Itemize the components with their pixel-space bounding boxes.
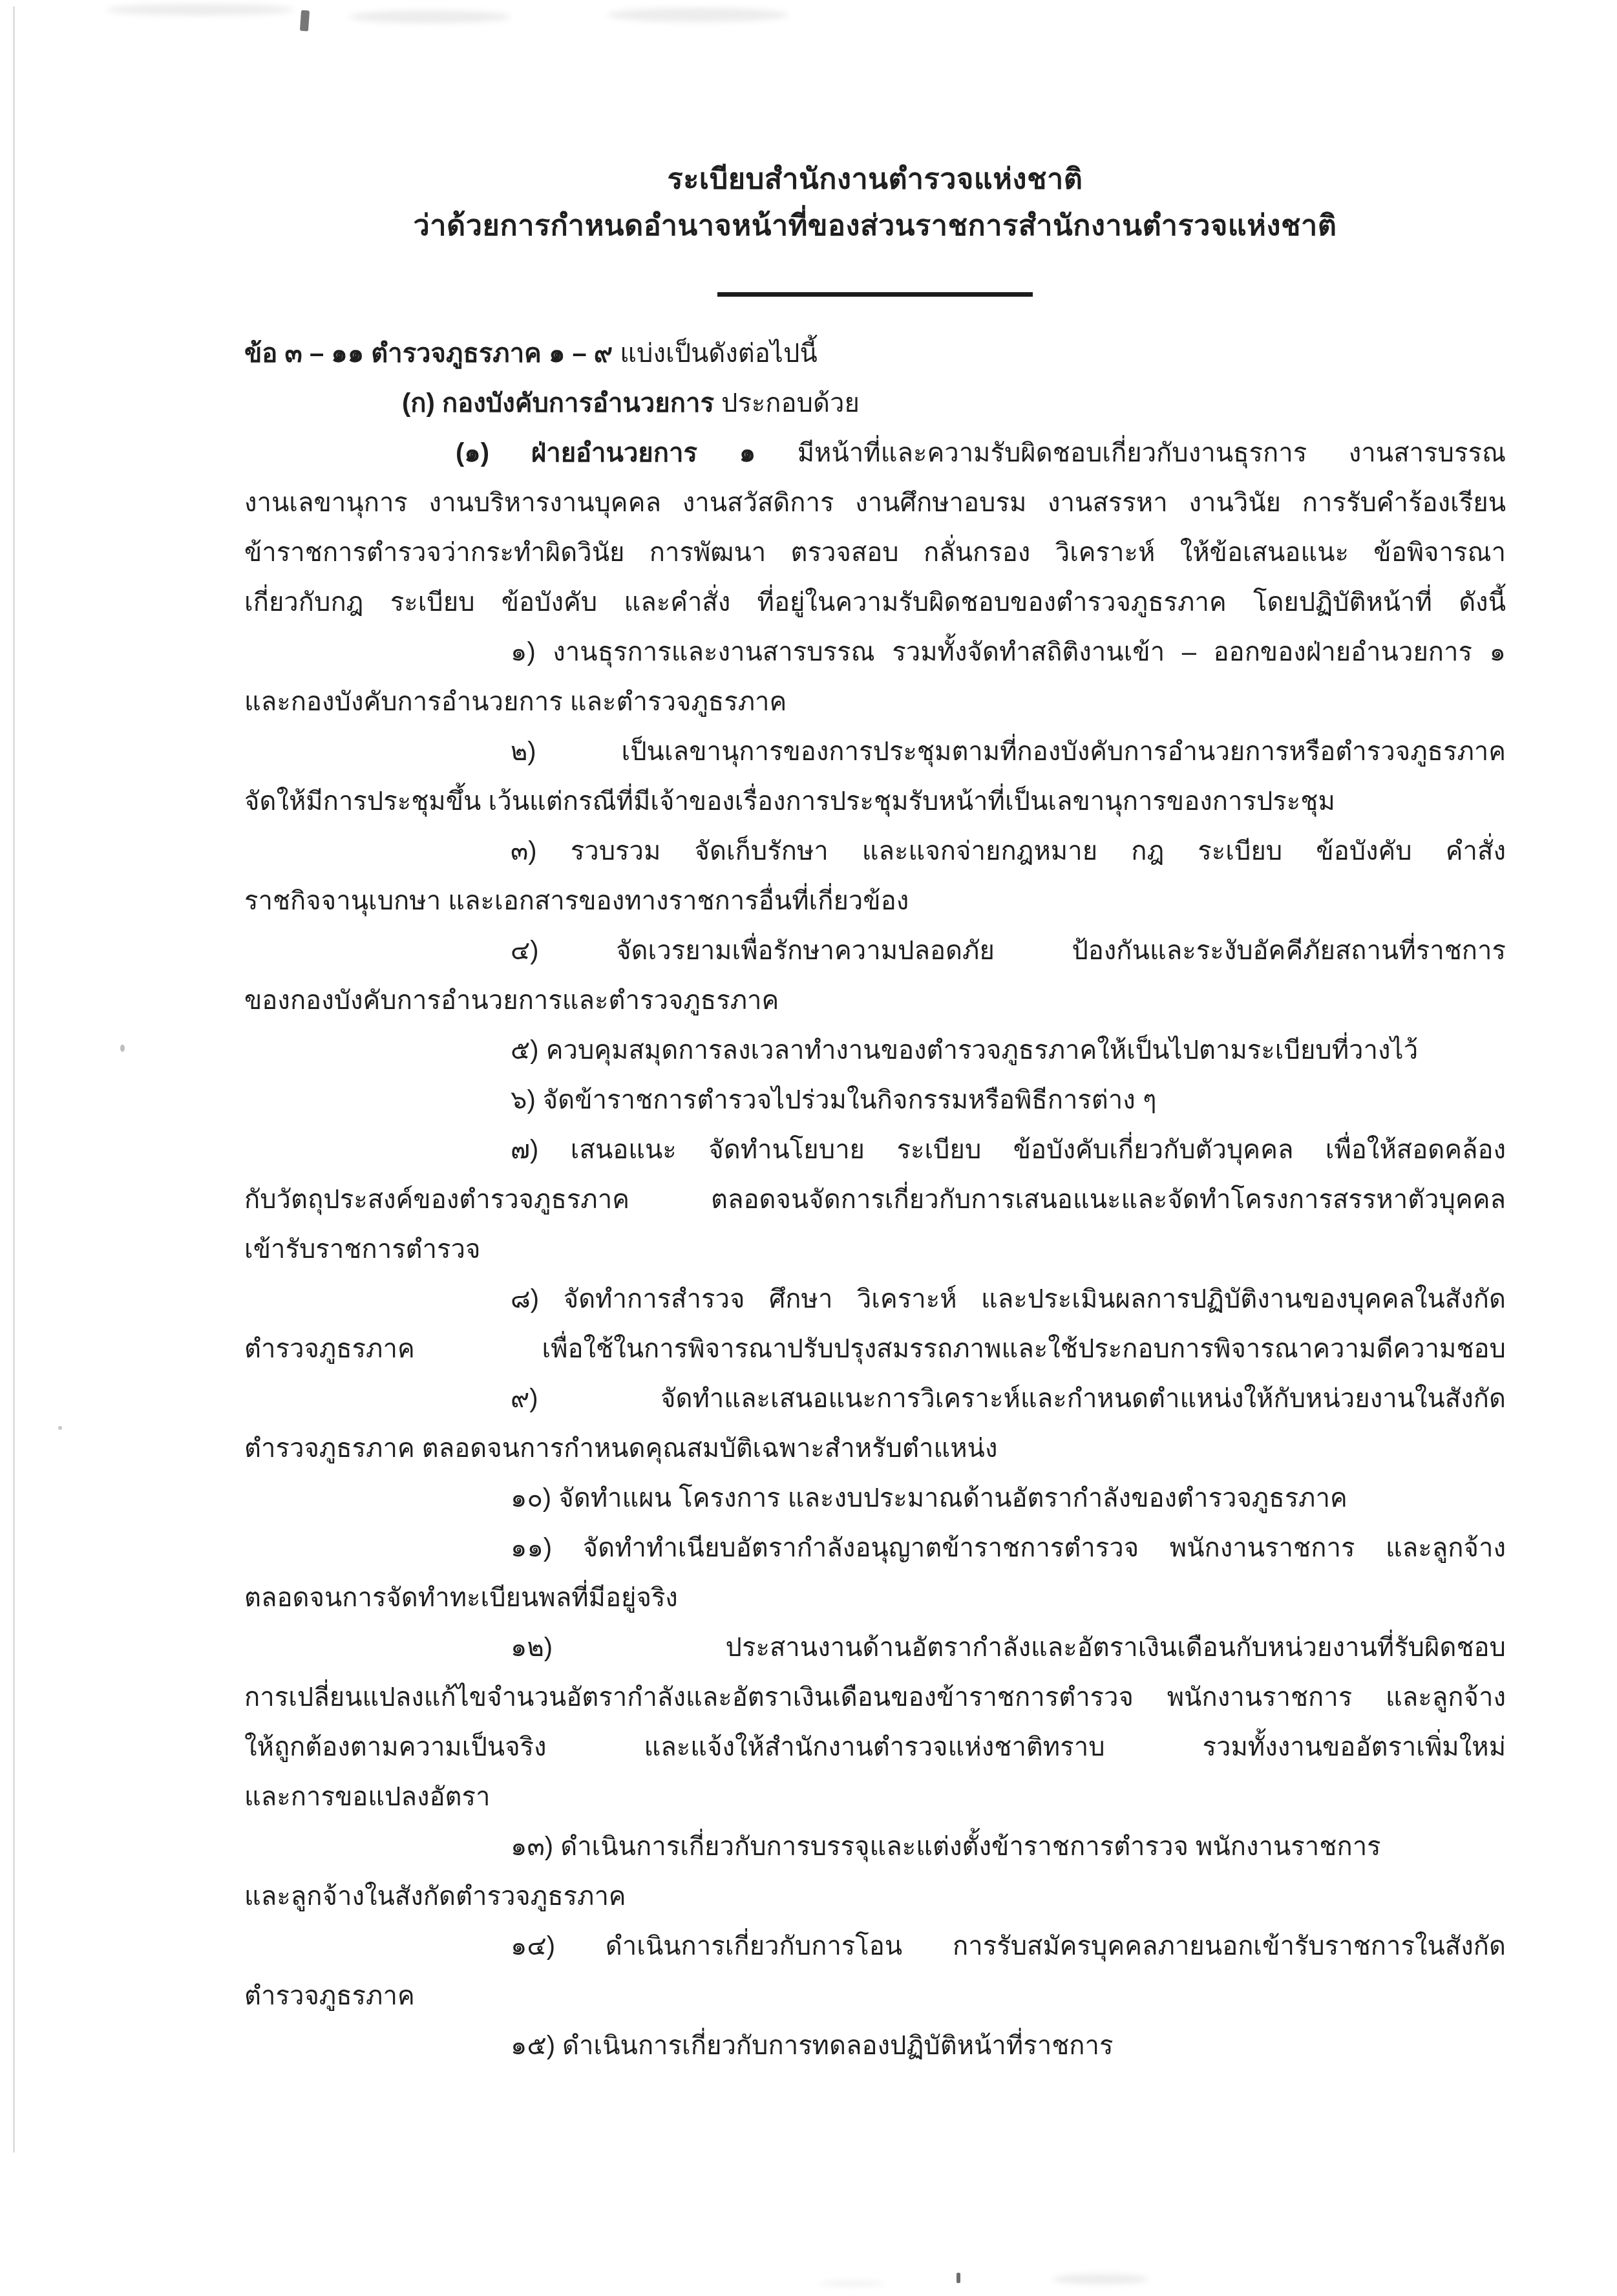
document-text-line: ตำรวจภูธรภาค เพื่อใช้ในการพิจารณาปรับปรุ… — [244, 1324, 1506, 1374]
line-text: ตำรวจภูธรภาค ตลอดจนการกำหนดคุณสมบัติเฉพา… — [244, 1434, 997, 1463]
line-text: ๘) จัดทำการสำรวจ ศึกษา วิเคราะห์ และประเ… — [511, 1285, 1506, 1313]
document-text-line: งานเลขานุการ งานบริหารงานบุคคล งานสวัสดิ… — [244, 478, 1506, 528]
document-text-line: ๖) จัดข้าราชการตำรวจไปร่วมในกิจกรรมหรือพ… — [244, 1076, 1506, 1125]
document-text-line: ๒) เป็นเลขานุการของการประชุมตามที่กองบัง… — [244, 727, 1506, 777]
line-text: ของกองบังคับการอำนวยการและตำรวจภูธรภาค — [244, 986, 779, 1015]
document-text-line: ๗) เสนอแนะ จัดทำนโยบาย ระเบียบ ข้อบังคับ… — [244, 1125, 1506, 1175]
scanned-document-page: ระเบียบสำนักงานตำรวจแห่งชาติ ว่าด้วยการก… — [0, 0, 1617, 2296]
line-text: ให้ถูกต้องตามความเป็นจริง และแจ้งให้สำนั… — [244, 1733, 1506, 1761]
line-text: จัดให้มีการประชุมขึ้น เว้นแต่กรณีที่มีเจ… — [244, 787, 1335, 816]
line-text: ๙) จัดทำและเสนอแนะการวิเคราะห์และกำหนดตำ… — [511, 1385, 1506, 1413]
document-text-line: ๔) จัดเวรยามเพื่อรักษาความปลอดภัย ป้องกั… — [244, 926, 1506, 976]
document-text-line: จัดให้มีการประชุมขึ้น เว้นแต่กรณีที่มีเจ… — [244, 777, 1506, 827]
scan-speck — [58, 1426, 62, 1430]
document-text-line: ๑๓) ดำเนินการเกี่ยวกับการบรรจุและแต่งตั้… — [244, 1822, 1506, 1872]
line-text: ๓) รวบรวม จัดเก็บรักษา และแจกจ่ายกฎหมาย … — [511, 837, 1506, 866]
title-divider-rule — [717, 292, 1033, 297]
document-text-line: เกี่ยวกับกฎ ระเบียบ ข้อบังคับ และคำสั่ง … — [244, 578, 1506, 628]
document-text-line: กับวัตถุประสงค์ของตำรวจภูธรภาค ตลอดจนจัด… — [244, 1175, 1506, 1225]
line-text: และการขอแปลงอัตรา — [244, 1783, 490, 1811]
document-title-line-2: ว่าด้วยการกำหนดอำนาจหน้าที่ของส่วนราชการ… — [244, 202, 1506, 249]
line-bold-lead: ข้อ ๓ – ๑๑ ตำรวจภูธรภาค ๑ – ๙ — [244, 339, 613, 368]
document-text-line: ๑๕) ดำเนินการเกี่ยวกับการทดลองปฏิบัติหน้… — [244, 2021, 1506, 2071]
document-content: ระเบียบสำนักงานตำรวจแห่งชาติ ว่าด้วยการก… — [244, 0, 1506, 2071]
line-text: ๑๒) ประสานงานด้านอัตรากำลังและอัตราเงินเ… — [511, 1633, 1506, 1662]
document-text-line: ๑) งานธุรการและงานสารบรรณ รวมทั้งจัดทำสถ… — [244, 628, 1506, 677]
line-text: ๑๑) จัดทำทำเนียบอัตรากำลังอนุญาตข้าราชกา… — [511, 1534, 1506, 1562]
document-text-line: ๙) จัดทำและเสนอแนะการวิเคราะห์และกำหนดตำ… — [244, 1374, 1506, 1424]
line-text: มีหน้าที่และความรับผิดชอบเกี่ยวกับงานธุร… — [756, 439, 1506, 467]
document-text-line: และกองบังคับการอำนวยการ และตำรวจภูธรภาค — [244, 677, 1506, 727]
line-text: ๒) เป็นเลขานุการของการประชุมตามที่กองบัง… — [511, 738, 1506, 766]
document-text-line: ข้าราชการตำรวจว่ากระทำผิดวินัย การพัฒนา … — [244, 528, 1506, 578]
document-text-line: ๑๑) จัดทำทำเนียบอัตรากำลังอนุญาตข้าราชกา… — [244, 1524, 1506, 1573]
line-text: และกองบังคับการอำนวยการ และตำรวจภูธรภาค — [244, 688, 787, 716]
line-text: กับวัตถุประสงค์ของตำรวจภูธรภาค ตลอดจนจัด… — [244, 1185, 1506, 1214]
line-text: เกี่ยวกับกฎ ระเบียบ ข้อบังคับ และคำสั่ง … — [244, 588, 1506, 617]
document-text-line: ๑๒) ประสานงานด้านอัตรากำลังและอัตราเงินเ… — [244, 1623, 1506, 1673]
document-text-line: การเปลี่ยนแปลงแก้ไขจำนวนอัตรากำลังและอัต… — [244, 1673, 1506, 1723]
document-text-line: ของกองบังคับการอำนวยการและตำรวจภูธรภาค — [244, 976, 1506, 1026]
document-text-line: ตำรวจภูธรภาค ตลอดจนการกำหนดคุณสมบัติเฉพา… — [244, 1424, 1506, 1474]
line-text: ประกอบด้วย — [714, 389, 860, 418]
line-text: ๗) เสนอแนะ จัดทำนโยบาย ระเบียบ ข้อบังคับ… — [511, 1136, 1506, 1164]
line-bold-lead: (ก) กองบังคับการอำนวยการ — [402, 389, 714, 418]
line-text: ตำรวจภูธรภาค — [244, 1982, 415, 2010]
document-text-line: และลูกจ้างในสังกัดตำรวจภูธรภาค — [244, 1872, 1506, 1922]
line-text: ๑๓) ดำเนินการเกี่ยวกับการบรรจุและแต่งตั้… — [511, 1833, 1381, 1861]
line-text: การเปลี่ยนแปลงแก้ไขจำนวนอัตรากำลังและอัต… — [244, 1683, 1506, 1712]
document-text-line: ตำรวจภูธรภาค — [244, 1972, 1506, 2021]
scan-edge-line — [13, 6, 15, 2152]
scan-speck — [120, 1045, 125, 1052]
document-text-line: ตลอดจนการจัดทำทะเบียนพลที่มีอยู่จริง — [244, 1573, 1506, 1623]
document-text-line: ๓) รวบรวม จัดเก็บรักษา และแจกจ่ายกฎหมาย … — [244, 827, 1506, 877]
document-text-line: (ก) กองบังคับการอำนวยการ ประกอบด้วย — [244, 379, 1506, 429]
document-text-line: ๑๐) จัดทำแผน โครงการ และงบประมาณด้านอัตร… — [244, 1474, 1506, 1524]
line-text: ราชกิจจานุเบกษา และเอกสารของทางราชการอื่… — [244, 887, 909, 915]
document-title-line-1: ระเบียบสำนักงานตำรวจแห่งชาติ — [244, 156, 1506, 202]
document-text-line: และการขอแปลงอัตรา — [244, 1772, 1506, 1822]
document-text-line: ๘) จัดทำการสำรวจ ศึกษา วิเคราะห์ และประเ… — [244, 1275, 1506, 1324]
line-text: ๖) จัดข้าราชการตำรวจไปร่วมในกิจกรรมหรือพ… — [511, 1086, 1156, 1114]
document-text-line: ๕) ควบคุมสมุดการลงเวลาทำงานของตำรวจภูธรภ… — [244, 1026, 1506, 1076]
document-text-line: เข้ารับราชการตำรวจ — [244, 1225, 1506, 1275]
line-text: ข้าราชการตำรวจว่ากระทำผิดวินัย การพัฒนา … — [244, 538, 1506, 567]
document-body: ข้อ ๓ – ๑๑ ตำรวจภูธรภาค ๑ – ๙ แบ่งเป็นดั… — [244, 329, 1506, 2071]
scan-mark — [956, 2273, 960, 2283]
document-text-line: ข้อ ๓ – ๑๑ ตำรวจภูธรภาค ๑ – ๙ แบ่งเป็นดั… — [244, 329, 1506, 379]
line-text: งานเลขานุการ งานบริหารงานบุคคล งานสวัสดิ… — [244, 489, 1506, 517]
line-text: แบ่งเป็นดังต่อไปนี้ — [613, 339, 818, 368]
document-text-line: ๑๔) ดำเนินการเกี่ยวกับการโอน การรับสมัคร… — [244, 1922, 1506, 1972]
line-text: ตลอดจนการจัดทำทะเบียนพลที่มีอยู่จริง — [244, 1584, 678, 1612]
line-text: ตำรวจภูธรภาค เพื่อใช้ในการพิจารณาปรับปรุ… — [244, 1335, 1506, 1363]
line-text: ๔) จัดเวรยามเพื่อรักษาความปลอดภัย ป้องกั… — [511, 937, 1506, 965]
line-bold-lead: (๑) ฝ่ายอำนวยการ ๑ — [456, 439, 756, 467]
document-text-line: (๑) ฝ่ายอำนวยการ ๑ มีหน้าที่และความรับผิ… — [244, 429, 1506, 478]
line-text: ๑) งานธุรการและงานสารบรรณ รวมทั้งจัดทำสถ… — [511, 638, 1506, 666]
line-text: ๑๕) ดำเนินการเกี่ยวกับการทดลองปฏิบัติหน้… — [511, 2032, 1113, 2060]
line-text: และลูกจ้างในสังกัดตำรวจภูธรภาค — [244, 1882, 626, 1911]
line-text: ๕) ควบคุมสมุดการลงเวลาทำงานของตำรวจภูธรภ… — [511, 1036, 1418, 1065]
document-header: ระเบียบสำนักงานตำรวจแห่งชาติ ว่าด้วยการก… — [244, 0, 1506, 297]
line-text: เข้ารับราชการตำรวจ — [244, 1235, 480, 1264]
line-text: ๑๔) ดำเนินการเกี่ยวกับการโอน การรับสมัคร… — [511, 1932, 1506, 1961]
document-text-line: ราชกิจจานุเบกษา และเอกสารของทางราชการอื่… — [244, 877, 1506, 926]
scan-smudge — [819, 2280, 884, 2286]
line-text: ๑๐) จัดทำแผน โครงการ และงบประมาณด้านอัตร… — [511, 1484, 1347, 1513]
document-text-line: ให้ถูกต้องตามความเป็นจริง และแจ้งให้สำนั… — [244, 1723, 1506, 1772]
scan-smudge — [1052, 2274, 1149, 2284]
